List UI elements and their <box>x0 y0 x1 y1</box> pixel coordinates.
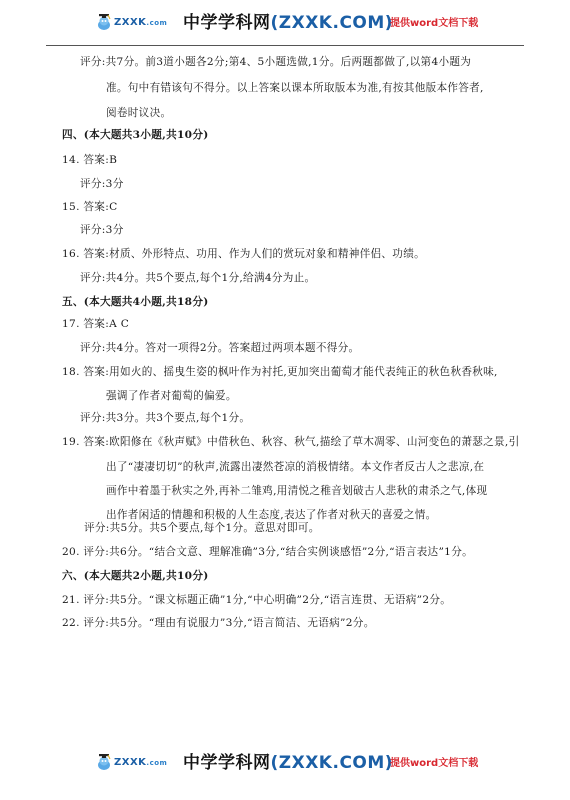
answer-line: 评分:共5分。共5个要点,每个1分。意思对即可。 <box>84 520 320 535</box>
answer-line: 15. 答案:C <box>62 199 117 214</box>
footer-banner: ZXXK.com 中学学科网(ZXXK.COM) 提供word文档下载 <box>0 746 570 776</box>
answer-line: 17. 答案:A C <box>62 316 129 331</box>
answer-line: 评分:3分 <box>80 176 124 191</box>
header-divider <box>46 45 524 46</box>
site-name: 中学学科网(ZXXK.COM) <box>183 8 393 33</box>
header-banner: ZXXK.com 中学学科网(ZXXK.COM) 提供word文档下载 <box>0 6 570 36</box>
answer-line: 14. 答案:B <box>62 152 117 167</box>
site-name: 中学学科网(ZXXK.COM) <box>183 748 393 773</box>
answer-line: 16. 答案:材质、外形特点、功用、作为人们的赏玩对象和精神伴侣、功绩。 <box>62 246 425 261</box>
answer-line: 18. 答案:用如火的、摇曳生姿的枫叶作为衬托,更加突出葡萄才能代表纯正的秋色秋… <box>62 364 498 379</box>
answer-line: 阅卷时议决。 <box>106 105 171 120</box>
logo-text: ZXXK.com <box>114 17 167 28</box>
section-heading: 五、(本大题共4小题,共18分) <box>62 294 209 309</box>
answer-line: 评分:共7分。前3道小题各2分;第4、5小题选做,1分。后两题都做了,以第4小题… <box>80 54 471 69</box>
answer-line: 19. 答案:欧阳修在《秋声赋》中借秋色、秋容、秋气,描绘了草木凋零、山河变色的… <box>62 434 519 449</box>
answer-line: 评分:共4分。共5个要点,每个1分,给满4分为止。 <box>80 270 315 285</box>
answer-line: 评分:共3分。共3个要点,每个1分。 <box>80 410 250 425</box>
answer-line: 评分:3分 <box>80 222 124 237</box>
answer-line: 出了“凄凄切切”的秋声,流露出凄然苍凉的消极情绪。本文作者反古人之悲凉,在 <box>106 459 484 474</box>
answer-line: 强调了作者对葡萄的偏爱。 <box>106 388 237 403</box>
answer-line: 评分:共4分。答对一项得2分。答案超过两项本题不得分。 <box>80 340 359 355</box>
site-domain: (ZXXK.COM) <box>271 753 394 773</box>
download-tagline[interactable]: 提供word文档下载 <box>390 754 478 769</box>
zxxk-logo: ZXXK.com <box>95 12 165 32</box>
mascot-icon <box>95 752 115 772</box>
section-heading: 六、(本大题共2小题,共10分) <box>62 568 209 583</box>
logo-text: ZXXK.com <box>114 757 167 768</box>
answer-line: 画作中着墨于秋实之外,再补二雏鸡,用清悦之稚音划破古人悲秋的肃杀之气,体现 <box>106 483 487 498</box>
answer-line: 20. 评分:共6分。“结合文意、理解准确”3分,“结合实例谈感悟”2分,“语言… <box>62 544 473 559</box>
answer-line: 准。句中有错该句不得分。以上答案以课本所取版本为准,有按其他版本作答者, <box>106 80 484 95</box>
section-heading: 四、(本大题共3小题,共10分) <box>62 127 209 142</box>
download-tagline[interactable]: 提供word文档下载 <box>390 14 478 29</box>
zxxk-logo: ZXXK.com <box>95 752 165 772</box>
answer-line: 21. 评分:共5分。“课文标题正确”1分,“中心明确”2分,“语言连贯、无语病… <box>62 592 451 607</box>
mascot-icon <box>95 12 115 32</box>
site-domain: (ZXXK.COM) <box>271 13 394 33</box>
answer-line: 22. 评分:共5分。“理由有说服力”3分,“语言简洁、无语病”2分。 <box>62 615 375 630</box>
